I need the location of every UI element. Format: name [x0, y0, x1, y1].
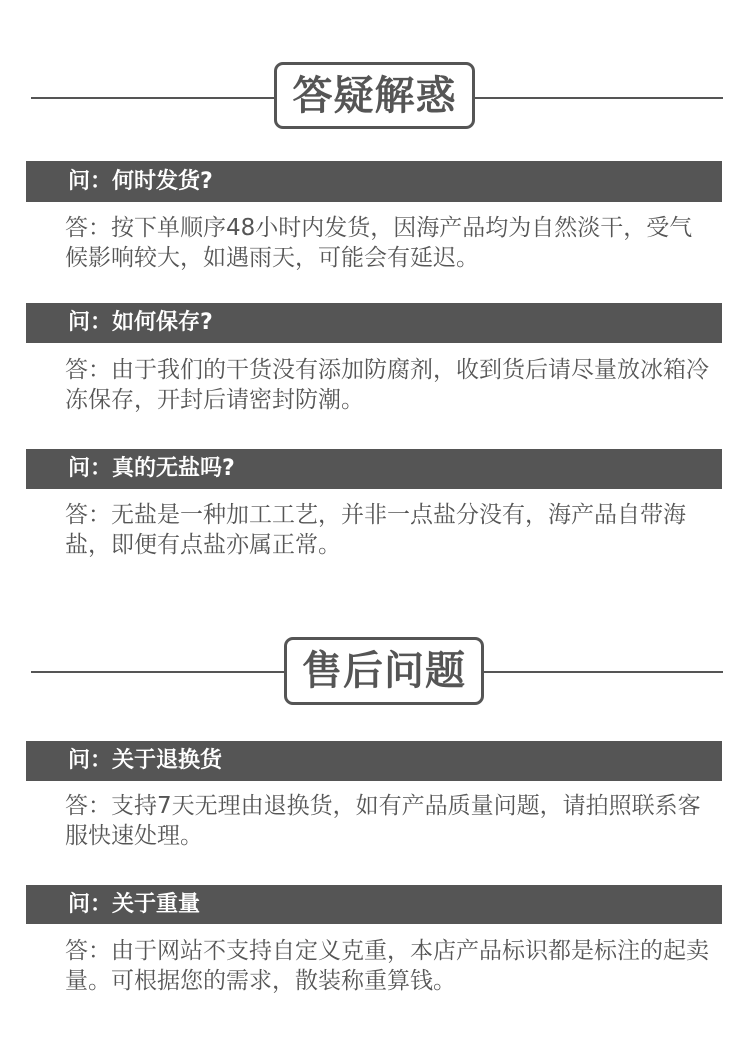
answer-text: 答：支持7天无理由退换货，如有产品质量问题，请拍照联系客服快速处理。: [65, 791, 715, 851]
section-title: 售后问题: [302, 651, 466, 691]
section-title-box: 售后问题: [284, 637, 484, 705]
answer-text: 答：由于网站不支持自定义克重，本店产品标识都是标注的起卖量。可根据您的需求，散装…: [65, 936, 715, 996]
section-header-after-sales: 售后问题: [0, 0, 750, 720]
question-bar: 问：关于重量: [26, 885, 722, 924]
question-text: 问：关于退换货: [68, 750, 222, 772]
question-text: 问：关于重量: [68, 894, 200, 916]
question-bar: 问：关于退换货: [26, 741, 722, 781]
